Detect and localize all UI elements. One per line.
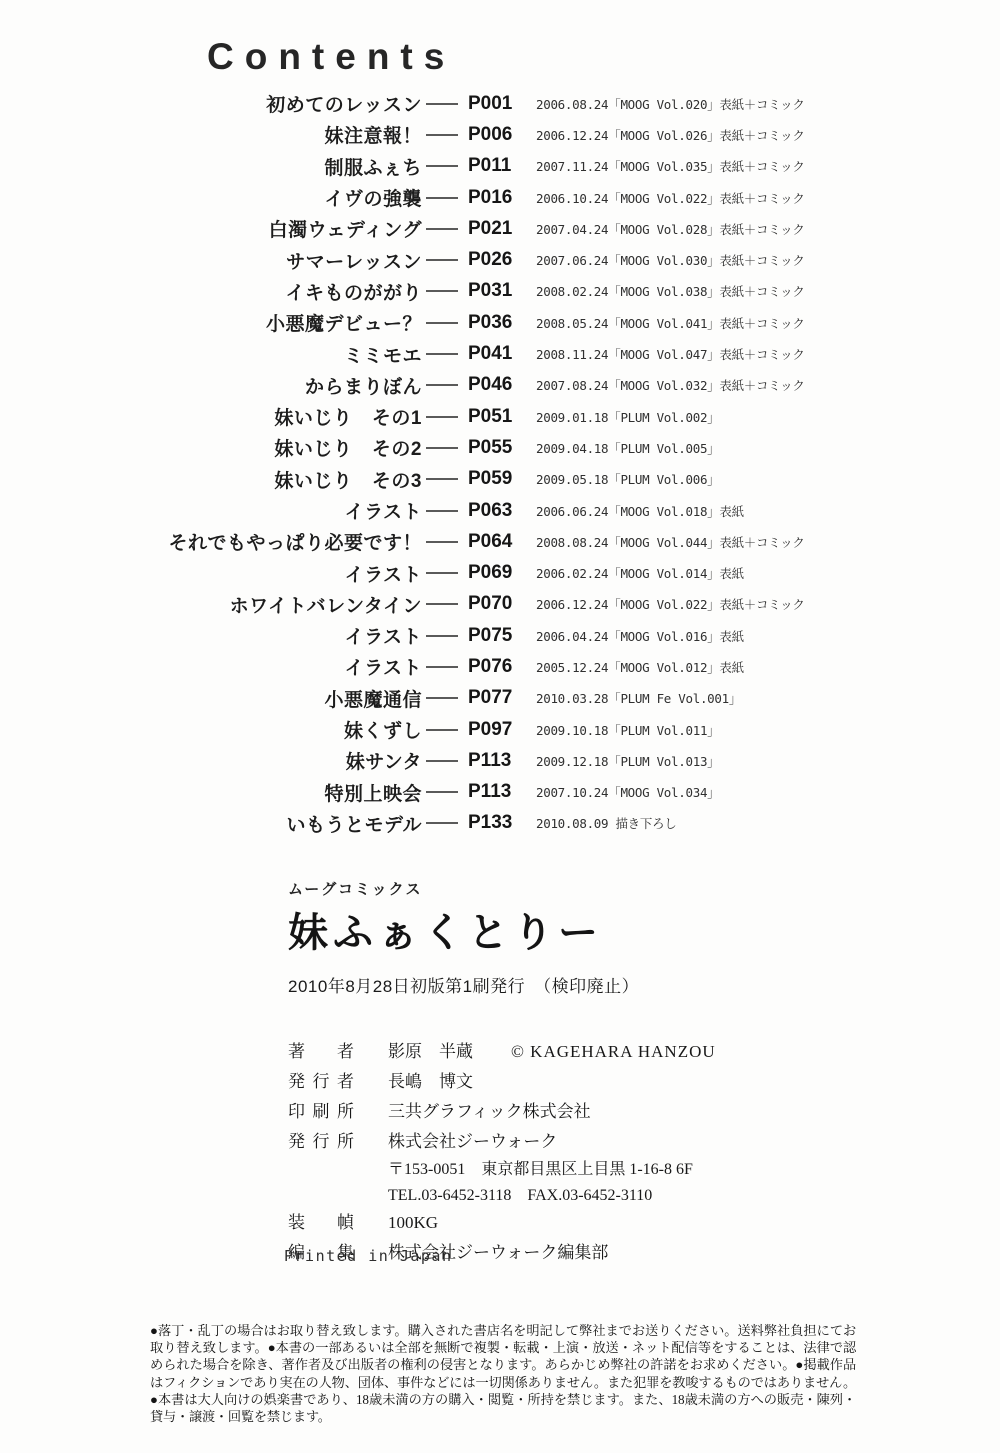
toc-entry-info: 2006.04.24「MOOG Vol.016」表紙 (516, 627, 744, 645)
page-title: Contents (207, 36, 455, 78)
toc-entry-page: P021 (462, 218, 516, 240)
toc-entry-info: 2007.11.24「MOOG Vol.035」表紙＋コミック (516, 157, 805, 175)
toc-entry-info: 2007.10.24「MOOG Vol.034」 (516, 783, 719, 801)
colophon-row: 発行所 株式会社ジーウォーク (288, 1127, 888, 1157)
toc-entry-title: 制服ふぇち (150, 153, 422, 180)
dash-line (422, 228, 462, 230)
toc-entry: イヴの強襲 P016 2006.10.24「MOOG Vol.022」表紙＋コミ… (150, 182, 1000, 213)
toc-entry-info: 2007.08.24「MOOG Vol.032」表紙＋コミック (516, 376, 805, 394)
toc-entry: イラスト P063 2006.06.24「MOOG Vol.018」表紙 (150, 495, 1000, 526)
toc-entry-info: 2010.03.28「PLUM Fe Vol.001」 (516, 689, 741, 707)
toc-entry-info: 2009.05.18「PLUM Vol.006」 (516, 470, 719, 488)
dash-line (422, 197, 462, 199)
toc-entry-page: P001 (462, 93, 516, 115)
toc-entry-info: 2008.11.24「MOOG Vol.047」表紙＋コミック (516, 345, 805, 363)
dash-line (422, 510, 462, 512)
toc-entry-info: 2006.08.24「MOOG Vol.020」表紙＋コミック (516, 95, 805, 113)
toc-entry-title: イラスト (150, 622, 422, 649)
dash-line (422, 729, 462, 731)
edition-line: 2010年8月28日初版第1刷発行 （検印廃止） (288, 972, 888, 997)
colophon-row: 装 幀 100KG (288, 1208, 888, 1238)
toc-entry-info: 2009.01.18「PLUM Vol.002」 (516, 408, 719, 426)
dash-line (422, 822, 462, 824)
dash-line (422, 541, 462, 543)
colophon-row-extra: 〒153-0051 東京都目黒区上目黒 1-16-8 6F (388, 1157, 888, 1183)
toc-entry-page: P077 (462, 687, 516, 709)
dash-line (422, 478, 462, 480)
colophon-row-extra: TEL.03-6452-3118 FAX.03-6452-3110 (388, 1183, 888, 1209)
toc-entry-title: 妹サンタ (150, 747, 422, 774)
table-of-contents: 初めてのレッスン P001 2006.08.24「MOOG Vol.020」表紙… (0, 88, 1000, 839)
toc-entry-title: イラスト (150, 560, 422, 587)
toc-entry-info: 2009.10.18「PLUM Vol.011」 (516, 721, 719, 739)
toc-entry: 妹いじり その3 P059 2009.05.18「PLUM Vol.006」 (150, 464, 1000, 495)
toc-entry-title: 妹いじり その2 (150, 434, 422, 461)
toc-entry-info: 2009.12.18「PLUM Vol.013」 (516, 752, 719, 770)
imprint-label: ムーグコミックス (288, 878, 888, 899)
toc-entry: 小悪魔通信 P077 2010.03.28「PLUM Fe Vol.001」 (150, 683, 1000, 714)
toc-entry-info: 2008.08.24「MOOG Vol.044」表紙＋コミック (516, 533, 805, 551)
toc-entry-title: イラスト (150, 653, 422, 680)
toc-entry: いもうとモデル P133 2010.08.09 描き下ろし (150, 808, 1000, 839)
toc-entry-title: 妹くずし (150, 716, 422, 743)
toc-entry-title: 妹注意報！ (150, 121, 422, 148)
dash-line (422, 384, 462, 386)
toc-entry-title: イラスト (150, 497, 422, 524)
colophon-row-value: 100KG (388, 1208, 438, 1238)
colophon-row: 発行者 長嶋 博文 (288, 1067, 888, 1097)
toc-entry-info: 2007.04.24「MOOG Vol.028」表紙＋コミック (516, 220, 805, 238)
toc-entry-info: 2006.12.24「MOOG Vol.026」表紙＋コミック (516, 126, 805, 144)
toc-entry: イラスト P075 2006.04.24「MOOG Vol.016」表紙 (150, 620, 1000, 651)
toc-entry-title: 白濁ウェディング (150, 215, 422, 242)
toc-entry-page: P026 (462, 249, 516, 271)
dash-line (422, 322, 462, 324)
colophon-row: 印刷所 三共グラフィック株式会社 (288, 1097, 888, 1127)
dash-line (422, 416, 462, 418)
toc-entry: それでもやっぱり必要です！ P064 2008.08.24「MOOG Vol.0… (150, 526, 1000, 557)
toc-entry-title: 小悪魔通信 (150, 685, 422, 712)
toc-entry-title: それでもやっぱり必要です！ (150, 528, 422, 555)
toc-entry-page: P059 (462, 468, 516, 490)
colophon-rows: 著 者 影原 半蔵 © KAGEHARA HANZOU 発行者 長嶋 博文 印刷… (288, 1037, 888, 1268)
toc-entry-title: ミミモエ (150, 341, 422, 368)
colophon-row-label: 印刷所 (288, 1097, 354, 1127)
dash-line (422, 259, 462, 261)
dash-line (422, 103, 462, 105)
toc-entry-title: サマーレッスン (150, 247, 422, 274)
printed-in-japan: Printed in Japan (284, 1247, 453, 1265)
colophon-row-label: 著 者 (288, 1037, 354, 1067)
dash-line (422, 603, 462, 605)
toc-entry: イキものががり P031 2008.02.24「MOOG Vol.038」表紙＋… (150, 276, 1000, 307)
toc-entry: 妹サンタ P113 2009.12.18「PLUM Vol.013」 (150, 745, 1000, 776)
toc-entry-page: P011 (462, 155, 516, 177)
toc-entry: 初めてのレッスン P001 2006.08.24「MOOG Vol.020」表紙… (150, 88, 1000, 119)
dash-line (422, 447, 462, 449)
toc-entry-title: イキものががり (150, 278, 422, 305)
toc-entry-title: 特別上映会 (150, 779, 422, 806)
toc-entry-title: 妹いじり その3 (150, 466, 422, 493)
toc-entry-page: P133 (462, 812, 516, 834)
toc-entry-page: P113 (462, 781, 516, 803)
toc-entry-title: からまりぼん (150, 372, 422, 399)
toc-entry-page: P064 (462, 531, 516, 553)
colophon-row-value: 株式会社ジーウォーク (388, 1127, 557, 1157)
toc-entry-page: P016 (462, 187, 516, 209)
colophon-row-label: 発行者 (288, 1067, 354, 1097)
toc-entry-info: 2009.04.18「PLUM Vol.005」 (516, 439, 719, 457)
toc-entry-page: P036 (462, 312, 516, 334)
toc-entry: 小悪魔デビュー？ P036 2008.05.24「MOOG Vol.041」表紙… (150, 307, 1000, 338)
toc-entry: 妹いじり その1 P051 2009.01.18「PLUM Vol.002」 (150, 401, 1000, 432)
toc-entry-title: ホワイトバレンタイン (150, 591, 422, 618)
toc-entry-page: P097 (462, 719, 516, 741)
dash-line (422, 760, 462, 762)
colophon-row-label: 装 幀 (288, 1208, 354, 1238)
legal-notice: ●落丁・乱丁の場合はお取り替え致します。購入された書店名を明記して弊社までお送り… (150, 1322, 856, 1425)
toc-entry-title: 小悪魔デビュー？ (150, 309, 422, 336)
toc-entry-page: P113 (462, 750, 516, 772)
toc-entry: からまりぼん P046 2007.08.24「MOOG Vol.032」表紙＋コ… (150, 370, 1000, 401)
colophon-row-value: 影原 半蔵 (388, 1037, 473, 1067)
scanned-book-page: Contents 初めてのレッスン P001 2006.08.24「MOOG V… (0, 0, 1000, 1453)
toc-entry-page: P041 (462, 343, 516, 365)
toc-entry-page: P055 (462, 437, 516, 459)
toc-entry-info: 2010.08.09 描き下ろし (516, 814, 676, 832)
toc-entry-page: P051 (462, 406, 516, 428)
toc-entry-info: 2006.10.24「MOOG Vol.022」表紙＋コミック (516, 189, 805, 207)
toc-entry: 白濁ウェディング P021 2007.04.24「MOOG Vol.028」表紙… (150, 213, 1000, 244)
toc-entry-title: いもうとモデル (150, 810, 422, 837)
dash-line (422, 290, 462, 292)
colophon-row-value: 三共グラフィック株式会社 (388, 1097, 591, 1127)
toc-entry: イラスト P069 2006.02.24「MOOG Vol.014」表紙 (150, 557, 1000, 588)
dash-line (422, 697, 462, 699)
toc-entry-page: P046 (462, 374, 516, 396)
toc-entry-page: P006 (462, 124, 516, 146)
colophon-row-value: 長嶋 博文 (388, 1067, 473, 1097)
toc-entry: ミミモエ P041 2008.11.24「MOOG Vol.047」表紙＋コミッ… (150, 338, 1000, 369)
toc-entry: 特別上映会 P113 2007.10.24「MOOG Vol.034」 (150, 777, 1000, 808)
dash-line (422, 635, 462, 637)
toc-entry-info: 2006.06.24「MOOG Vol.018」表紙 (516, 502, 744, 520)
toc-entry-info: 2007.06.24「MOOG Vol.030」表紙＋コミック (516, 251, 805, 269)
toc-entry: 妹くずし P097 2009.10.18「PLUM Vol.011」 (150, 714, 1000, 745)
toc-entry-info: 2005.12.24「MOOG Vol.012」表紙 (516, 658, 744, 676)
toc-entry: 制服ふぇち P011 2007.11.24「MOOG Vol.035」表紙＋コミ… (150, 151, 1000, 182)
toc-entry: ホワイトバレンタイン P070 2006.12.24「MOOG Vol.022」… (150, 589, 1000, 620)
colophon-row-copyright: © KAGEHARA HANZOU (511, 1037, 716, 1067)
toc-entry-page: P069 (462, 562, 516, 584)
colophon-block: ムーグコミックス 妹ふぁくとりー 2010年8月28日初版第1刷発行 （検印廃止… (288, 878, 888, 1268)
toc-entry-page: P076 (462, 656, 516, 678)
toc-entry-title: 妹いじり その1 (150, 403, 422, 430)
dash-line (422, 165, 462, 167)
toc-entry-info: 2006.02.24「MOOG Vol.014」表紙 (516, 564, 744, 582)
dash-line (422, 572, 462, 574)
toc-entry-page: P075 (462, 625, 516, 647)
colophon-row-label: 発行所 (288, 1127, 354, 1157)
toc-entry-page: P031 (462, 280, 516, 302)
dash-line (422, 666, 462, 668)
toc-entry-title: 初めてのレッスン (150, 90, 422, 117)
toc-entry: 妹注意報！ P006 2006.12.24「MOOG Vol.026」表紙＋コミ… (150, 119, 1000, 150)
book-title: 妹ふぁくとりー (288, 901, 888, 958)
toc-entry: 妹いじり その2 P055 2009.04.18「PLUM Vol.005」 (150, 432, 1000, 463)
toc-entry-title: イヴの強襲 (150, 184, 422, 211)
dash-line (422, 353, 462, 355)
toc-entry: イラスト P076 2005.12.24「MOOG Vol.012」表紙 (150, 651, 1000, 682)
colophon-row: 著 者 影原 半蔵 © KAGEHARA HANZOU (288, 1037, 888, 1067)
toc-entry-info: 2006.12.24「MOOG Vol.022」表紙＋コミック (516, 595, 805, 613)
toc-entry-page: P063 (462, 500, 516, 522)
toc-entry-page: P070 (462, 593, 516, 615)
dash-line (422, 134, 462, 136)
dash-line (422, 791, 462, 793)
toc-entry-info: 2008.02.24「MOOG Vol.038」表紙＋コミック (516, 282, 805, 300)
toc-entry: サマーレッスン P026 2007.06.24「MOOG Vol.030」表紙＋… (150, 244, 1000, 275)
toc-entry-info: 2008.05.24「MOOG Vol.041」表紙＋コミック (516, 314, 805, 332)
